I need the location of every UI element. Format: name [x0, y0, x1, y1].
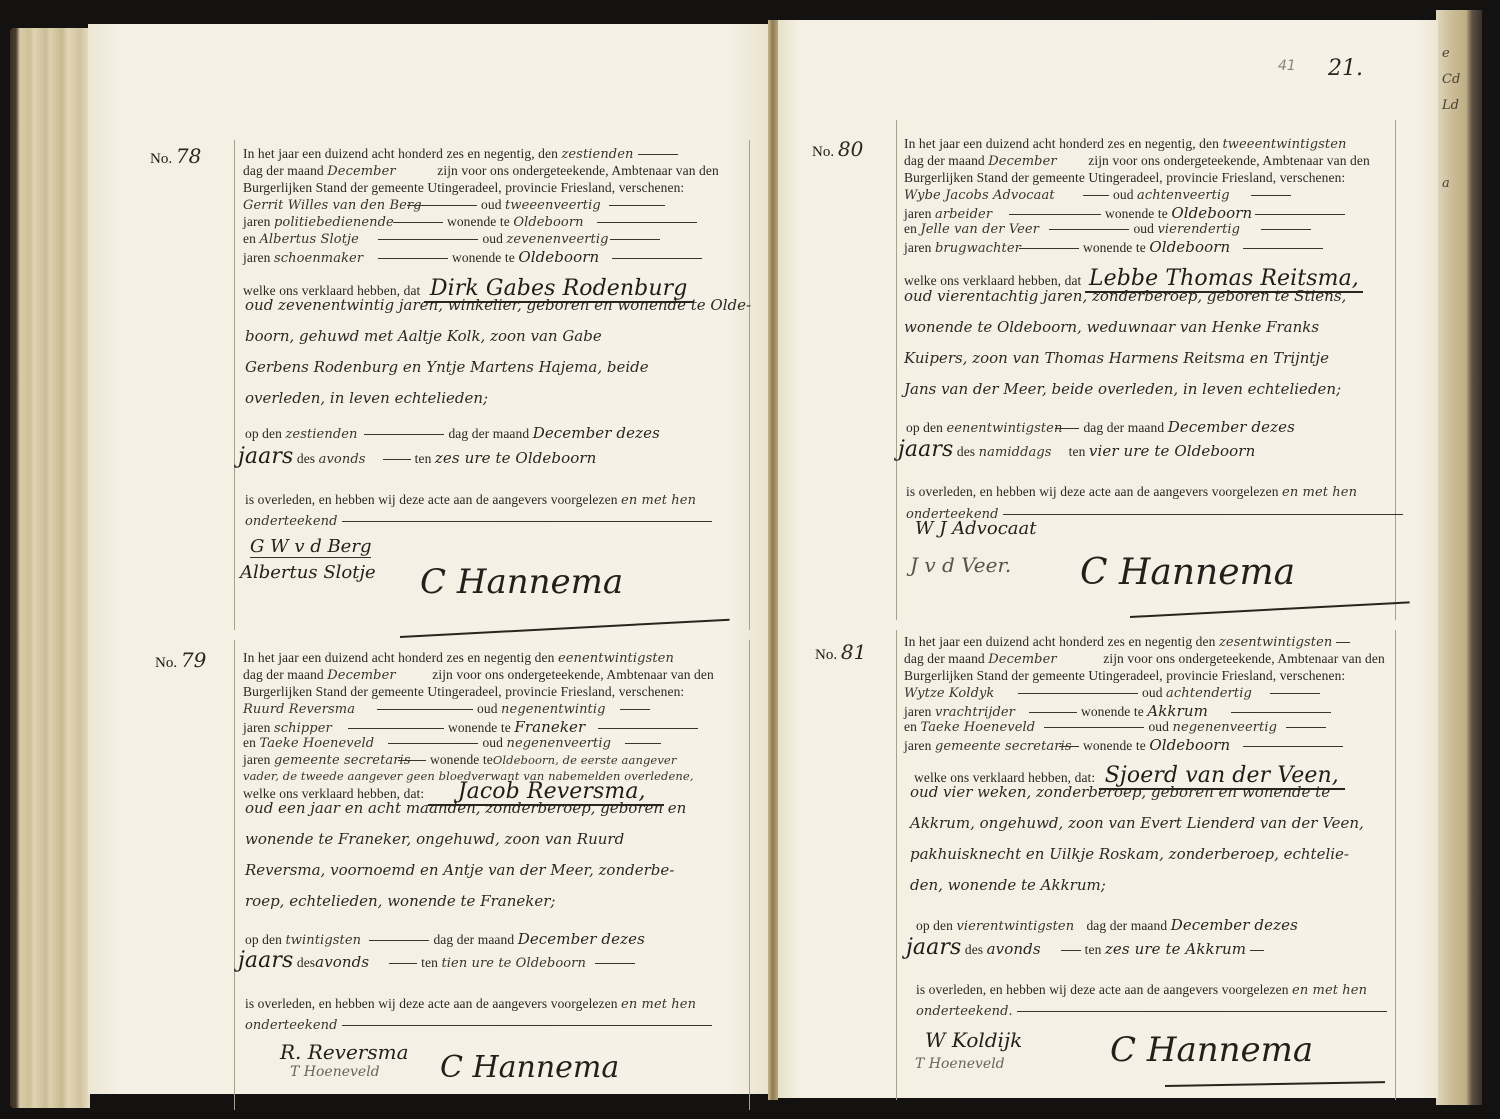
record-frame-border [748, 640, 750, 1110]
record-text: December dezes [533, 424, 660, 442]
fill-line [1055, 428, 1079, 429]
edge-mark: a [1442, 176, 1450, 191]
record-text: Oldeboorn [1149, 238, 1239, 256]
record-text: gemeente secretaris [274, 753, 394, 768]
record-text: des [957, 444, 975, 459]
record-text: zijn voor ons ondergeteekende, Ambtenaar… [432, 667, 714, 682]
record-text: en met hen [621, 997, 696, 1012]
record-text: 81 [841, 640, 866, 664]
signature-informant-1: W J Advocaat [915, 518, 1036, 539]
fill-line [1231, 712, 1331, 713]
record-text: zes ure te Akkrum [1105, 940, 1246, 958]
record-text: eenentwintigsten [558, 651, 674, 666]
record-text: is overleden, en hebben wij deze acte aa… [245, 996, 618, 1011]
fill-line [407, 205, 477, 206]
fill-line [1003, 514, 1403, 515]
edge-mark: Cd [1442, 72, 1460, 87]
record-text: No. [815, 647, 837, 663]
record-text: is overleden, en hebben wij deze acte aa… [245, 492, 696, 508]
record-text: dag der maand [448, 426, 529, 441]
record-text: wonende te [1083, 240, 1146, 255]
deceased-details: oud zevenentwintig jaren, winkelier, geb… [245, 290, 751, 414]
signature-informant-2: T Hoeneveld [290, 1064, 380, 1080]
record-text: en met hen [621, 493, 696, 508]
record-text: wonende te [1083, 738, 1146, 753]
fill-line [342, 1025, 712, 1026]
record-text: jaars des avondsten zes ure te Akkrum [906, 935, 1268, 960]
signature-informant-1: W Koldijk [925, 1028, 1022, 1052]
signature-official: C Hannema [440, 1050, 619, 1085]
record-text: dag der maand [904, 153, 985, 168]
record-text: Jelle van der Veer [920, 222, 1045, 237]
record-text: Burgerlijken Stand der gemeente Utingera… [904, 668, 1345, 684]
record-text: oud [1148, 719, 1169, 734]
fill-line [377, 709, 473, 710]
record-text: onderteekend. [916, 1004, 1013, 1019]
record-text: 79 [181, 648, 206, 672]
record-text: eenentwintigsten [946, 421, 1051, 436]
record-number: No. 78 [150, 144, 201, 168]
record-text: ten [421, 955, 438, 970]
fill-line [1044, 727, 1144, 728]
signature-official: C Hannema [1080, 552, 1295, 593]
record-text: No. [812, 144, 834, 160]
record-text: Wytze Koldykoud achtendertig [904, 685, 1324, 701]
record-text: oud vierentachtig jaren, zonderberoep, g… [904, 281, 1346, 312]
record-text: dag der maand [1083, 420, 1164, 435]
record-text: jaren [243, 250, 270, 265]
record-text: Reversma, voornoemd en Antje van der Mee… [245, 855, 686, 886]
record-text: avonds [319, 452, 379, 467]
fill-line [342, 521, 712, 522]
record-text: jaren vrachtrijderwonende te Akkrum [904, 702, 1335, 720]
record-text: vrachtrijder [935, 705, 1025, 720]
record-text: op den eenentwintigstendag der maand Dec… [906, 418, 1295, 436]
fill-line [383, 459, 411, 460]
page-number: 21. [1328, 56, 1363, 81]
record-text: dag der maand Decemberzijn voor ons onde… [243, 163, 719, 179]
record-text: op den vierentwintigstendag der maand De… [916, 916, 1298, 934]
record-text: jaars [906, 935, 961, 960]
record-text: In het jaar een duizend acht honderd zes… [904, 634, 1215, 649]
record-text: op den [916, 918, 953, 933]
record-text: negenentwintig [501, 702, 616, 717]
record-text: onderteekend [245, 1018, 338, 1033]
record-text: brugwachter [935, 241, 1015, 256]
open-register-book: e Cd Ld a 41 21. No. 78 In het jaar een … [0, 0, 1500, 1119]
record-text: December [988, 154, 1088, 169]
record-text: No. [150, 151, 172, 167]
fill-line [598, 728, 698, 729]
record-text: en [904, 221, 917, 236]
record-text: zijn voor ons ondergeteekende, Ambtenaar… [1103, 651, 1385, 666]
record-text: jaars des namiddagsten vier ure te Oldeb… [898, 437, 1255, 462]
record-text: Oldeboorn [518, 248, 608, 266]
record-text: jaren [243, 720, 270, 735]
record-text: en Jelle van der Veeroud vierendertig [904, 221, 1315, 237]
signature-official: C Hannema [1110, 1030, 1313, 1070]
fill-line [1017, 1011, 1387, 1012]
record-text: is overleden, en hebben wij deze acte aa… [245, 492, 618, 507]
record-text: wonende te [430, 752, 493, 767]
record-text: roep, echtelieden, wonende te Franeker; [245, 886, 686, 917]
record-text: Akkrum, ongehuwd, zoon van Evert Liender… [910, 808, 1364, 839]
record-text: zesentwintigsten [1219, 635, 1332, 650]
record-text: jaren politiebedienendewonende te Oldebo… [243, 214, 701, 230]
record-number: No. 79 [155, 648, 206, 672]
record-number: No. 80 [812, 137, 863, 161]
record-text: en [904, 719, 917, 734]
record-text: vier ure te Oldeboorn [1089, 442, 1255, 460]
record-text: is overleden, en hebben wij deze acte aa… [906, 484, 1279, 499]
fill-line [1018, 693, 1138, 694]
record-text: onderteekend [245, 513, 716, 529]
record-text: jaren brugwachterwonende te Oldeboorn [904, 238, 1327, 256]
record-frame-border [896, 630, 897, 1100]
record-text: Oldeboorn, de eerste aangever [493, 753, 677, 767]
record-text: achtenveertig [1137, 188, 1247, 203]
record-text: op den [245, 426, 282, 441]
fill-line [369, 940, 429, 941]
record-text: ten [1069, 444, 1086, 459]
record-text: vierentwintigsten [956, 919, 1086, 934]
fill-line [1243, 248, 1323, 249]
record-text: op den [906, 420, 943, 435]
record-text: Albertus Slotje [259, 232, 374, 247]
record-text: No. [155, 655, 177, 671]
record-text: en met hen [1282, 485, 1357, 500]
fill-line [1286, 727, 1326, 728]
fill-line [1243, 746, 1343, 747]
record-text: op den [245, 932, 282, 947]
fill-line [389, 963, 417, 964]
record-text: jaren [904, 206, 931, 221]
record-text: dag der maand [433, 932, 514, 947]
record-text: December [327, 164, 437, 179]
record-text: oud [1133, 221, 1154, 236]
record-text: gemeente secretaris [935, 739, 1055, 754]
record-text: is overleden, en hebben wij deze acte aa… [906, 484, 1357, 500]
record-text: op den twintigstendag der maand December… [245, 930, 645, 948]
fill-line [1019, 248, 1079, 249]
record-text: Oldeboorn [513, 215, 593, 230]
record-text: onderteekend. [916, 1003, 1391, 1019]
record-frame-border [234, 640, 235, 1110]
record-text: wonende te [1081, 704, 1144, 719]
record-text: jaren arbeiderwonende te Oldeboorn [904, 204, 1349, 222]
record-text: is overleden, en hebben wij deze acte aa… [916, 982, 1367, 998]
record-text: Burgerlijken Stand der gemeente Utingera… [243, 180, 684, 196]
record-text: In het jaar een duizend acht honderd zes… [904, 136, 1219, 151]
record-frame-border [1394, 120, 1396, 620]
record-frame-border [896, 120, 897, 620]
right-page-edges: e Cd Ld a [1436, 10, 1482, 1105]
record-text: achtendertig [1166, 686, 1266, 701]
record-text: oud vier weken, zonderberoep, geboren en… [910, 777, 1364, 808]
record-text: arbeider [935, 207, 1005, 222]
record-text: onderteekend [245, 1017, 716, 1033]
record-text: Wytze Koldyk [904, 686, 1014, 701]
deceased-details: oud een jaar en acht maanden, zonderbero… [245, 793, 686, 917]
record-text: In het jaar een duizend acht honderd zes… [243, 650, 674, 666]
record-text: jaren gemeente secretariswonende teOldeb… [243, 752, 676, 768]
signature-informant-1: R. Reversma [280, 1040, 409, 1064]
record-text: zestienden [561, 147, 633, 162]
record-text: jaars [238, 444, 293, 469]
record-text: jaren [904, 240, 931, 255]
fill-line [1250, 950, 1264, 951]
record-text: jaren [904, 704, 931, 719]
fill-line [610, 239, 660, 240]
record-text: December dezes [518, 930, 645, 948]
record-text: Jans van der Meer, beide overleden, in l… [904, 374, 1346, 405]
record-text: en Taeke Hoeneveldoud negenenveertig [904, 719, 1330, 735]
record-text: zijn voor ons ondergeteekende, Ambtenaar… [437, 163, 719, 178]
record-text: en Taeke Hoeneveldoud negenenveertig [243, 735, 665, 751]
fill-line [348, 728, 444, 729]
record-text: Gerrit Willes van den Berg [243, 198, 403, 213]
fill-line [1061, 950, 1081, 951]
record-text: wonende te Franeker, ongehuwd, zoon van … [245, 824, 686, 855]
record-text: jaren [243, 752, 270, 767]
record-text: Gerrit Willes van den Bergoud tweeenveer… [243, 197, 669, 213]
record-text: December [327, 668, 432, 683]
record-text: avonds [315, 953, 385, 971]
record-text: pakhuisknecht en Uilkje Roskam, zonderbe… [910, 839, 1364, 870]
fill-line [364, 434, 444, 435]
record-text: December dezes [1171, 916, 1298, 934]
record-text: negenenveertig [1172, 720, 1282, 735]
record-text: In het jaar een duizend acht honderd zes… [904, 634, 1354, 650]
record-text: jaren [904, 738, 931, 753]
record-text: Ruurd Reversmaoud negenentwintig [243, 701, 654, 717]
record-text: en [243, 735, 256, 750]
edge-mark: Ld [1442, 98, 1459, 113]
record-text: ten [415, 451, 432, 466]
record-text: December dezes [1168, 418, 1295, 436]
fill-line [1029, 712, 1077, 713]
record-text: tweeentwintigsten [1222, 137, 1346, 152]
record-text: schoenmaker [274, 251, 374, 266]
record-text: Oldeboorn [1149, 736, 1239, 754]
record-text: In het jaar een duizend acht honderd zes… [243, 146, 682, 162]
record-text: is overleden, en hebben wij deze acte aa… [245, 996, 696, 1012]
record-text: dag der maand [243, 163, 324, 178]
record-text: Oldeboorn [1171, 204, 1251, 222]
fill-line [378, 239, 478, 240]
fill-line [597, 222, 697, 223]
record-text: negenenveertig [506, 736, 621, 751]
record-number: No. 81 [815, 640, 866, 664]
record-text: jaren [243, 214, 270, 229]
fill-line [620, 709, 650, 710]
fill-line [625, 743, 661, 744]
pencil-annotation: 41 [1278, 58, 1296, 74]
record-text: is overleden, en hebben wij deze acte aa… [916, 982, 1289, 997]
record-text: Akkrum [1147, 702, 1227, 720]
record-text: jaars [898, 437, 953, 462]
record-text: op den zestiendendag der maand December … [245, 424, 660, 442]
record-text: Taeke Hoeneveld [259, 736, 384, 751]
fill-line [1270, 693, 1320, 694]
record-text: Franeker [514, 718, 594, 736]
signature-informant-2: J v d Veer. [910, 553, 1011, 577]
fill-line [1255, 214, 1345, 215]
record-text: wonende te [1105, 206, 1168, 221]
record-text: oud [1113, 187, 1134, 202]
fill-line [609, 205, 665, 206]
fill-line [595, 963, 635, 964]
record-text: oud [1142, 685, 1163, 700]
record-text: wonende te [448, 720, 511, 735]
record-text: zijn voor ons ondergeteekende, Ambtenaar… [1088, 153, 1370, 168]
record-text: tien ure te Oldeboorn [441, 956, 591, 971]
record-text: Gerbens Rodenburg en Yntje Martens Hajem… [245, 352, 751, 383]
fill-line [1336, 642, 1350, 643]
fill-line [398, 760, 426, 761]
record-text: jaars desavondsten tien ure te Oldeboorn [238, 948, 639, 973]
record-text: oud zevenentwintig jaren, winkelier, geb… [245, 290, 751, 321]
record-text: oud [477, 701, 498, 716]
record-text: 80 [838, 137, 863, 161]
record-text: boorn, gehuwd met Aaltje Kolk, zoon van … [245, 321, 751, 352]
record-text: zevenenveertig [506, 232, 606, 247]
fill-line [393, 222, 443, 223]
record-text: vierendertig [1157, 222, 1257, 237]
record-text: avonds [987, 940, 1057, 958]
signature-official: C Hannema [420, 562, 623, 602]
record-text: jaars des avondsten zes ure te Oldeboorn [238, 444, 596, 469]
record-frame-border [1394, 630, 1396, 1100]
record-text: tweeenveertig [505, 198, 605, 213]
fill-line [1083, 195, 1109, 196]
record-text: In het jaar een duizend acht honderd zes… [904, 136, 1347, 152]
record-text: dag der maand [1086, 918, 1167, 933]
record-text: In het jaar een duizend acht honderd zes… [243, 650, 554, 665]
book-gutter [768, 20, 778, 1100]
record-text: jaars [238, 948, 293, 973]
edge-mark: e [1442, 46, 1450, 61]
record-frame-border [234, 140, 235, 630]
record-text: overleden, in leven echtelieden; [245, 383, 751, 414]
record-text: dag der maand [243, 667, 324, 682]
record-text: des [297, 451, 315, 466]
record-text: oud [481, 197, 502, 212]
record-text: Burgerlijken Stand der gemeente Utingera… [243, 684, 684, 700]
record-text: jaren gemeente secretariswonende te Olde… [904, 736, 1347, 754]
record-text: dag der maand Decemberzijn voor ons onde… [243, 667, 714, 683]
record-text: 78 [176, 144, 201, 168]
record-text: oud [482, 735, 503, 750]
record-text: en [243, 231, 256, 246]
signature-informant-2: T Hoeneveld [915, 1056, 1005, 1072]
deceased-details: oud vier weken, zonderberoep, geboren en… [910, 777, 1364, 901]
fill-line [388, 743, 478, 744]
record-text: ten [1085, 942, 1102, 957]
record-text: schipper [274, 721, 344, 736]
record-text: dag der maand Decemberzijn voor ons onde… [904, 651, 1385, 667]
record-text: des [965, 942, 983, 957]
signature-informant-1: G W v d Berg [250, 536, 371, 558]
fill-line [1059, 746, 1079, 747]
deceased-details: oud vierentachtig jaren, zonderberoep, g… [904, 281, 1346, 405]
record-text: zestienden [285, 427, 360, 442]
record-text: Ruurd Reversma [243, 702, 373, 717]
record-text: en Albertus Slotjeoud zevenenveertig [243, 231, 664, 247]
record-text: politiebedienende [274, 215, 389, 230]
record-text: Taeke Hoeneveld [920, 720, 1040, 735]
record-text: jaren schoenmakerwonende te Oldeboorn [243, 248, 706, 266]
record-text: wonende te Oldeboorn, weduwnaar van Henk… [904, 312, 1346, 343]
fill-line [1009, 214, 1101, 215]
record-text: oud [482, 231, 503, 246]
fill-line [1251, 195, 1291, 196]
record-text: Kuipers, zoon van Thomas Harmens Reitsma… [904, 343, 1346, 374]
record-text: oud een jaar en acht maanden, zonderbero… [245, 793, 686, 824]
record-text: Wybe Jacobs Advocaat [904, 188, 1079, 203]
record-text: dag der maand Decemberzijn voor ons onde… [904, 153, 1370, 169]
record-text: wonende te [452, 250, 515, 265]
record-text: den, wonende te Akkrum; [910, 870, 1364, 901]
record-text: zes ure te Oldeboorn [435, 449, 596, 467]
fill-line [1261, 229, 1311, 230]
record-text: wonende te [447, 214, 510, 229]
signature-informant-2: Albertus Slotje [240, 562, 376, 583]
record-text: dag der maand [904, 651, 985, 666]
left-page-edges [10, 28, 90, 1108]
record-text: namiddags [979, 445, 1069, 460]
record-text: In het jaar een duizend acht honderd zes… [243, 146, 558, 161]
fill-line [612, 258, 702, 259]
record-text: December [988, 652, 1103, 667]
record-text: twintigsten [285, 933, 365, 948]
record-text: en met hen [1292, 983, 1367, 998]
fill-line [638, 154, 678, 155]
record-text: Wybe Jacobs Advocaatoud achtenveertig [904, 187, 1295, 203]
record-text: des [297, 955, 315, 970]
record-text: Burgerlijken Stand der gemeente Utingera… [904, 170, 1345, 186]
fill-line [378, 258, 448, 259]
record-text: onderteekend [245, 514, 338, 529]
record-text: jaren schipperwonende te Franeker [243, 718, 702, 736]
fill-line [1049, 229, 1129, 230]
